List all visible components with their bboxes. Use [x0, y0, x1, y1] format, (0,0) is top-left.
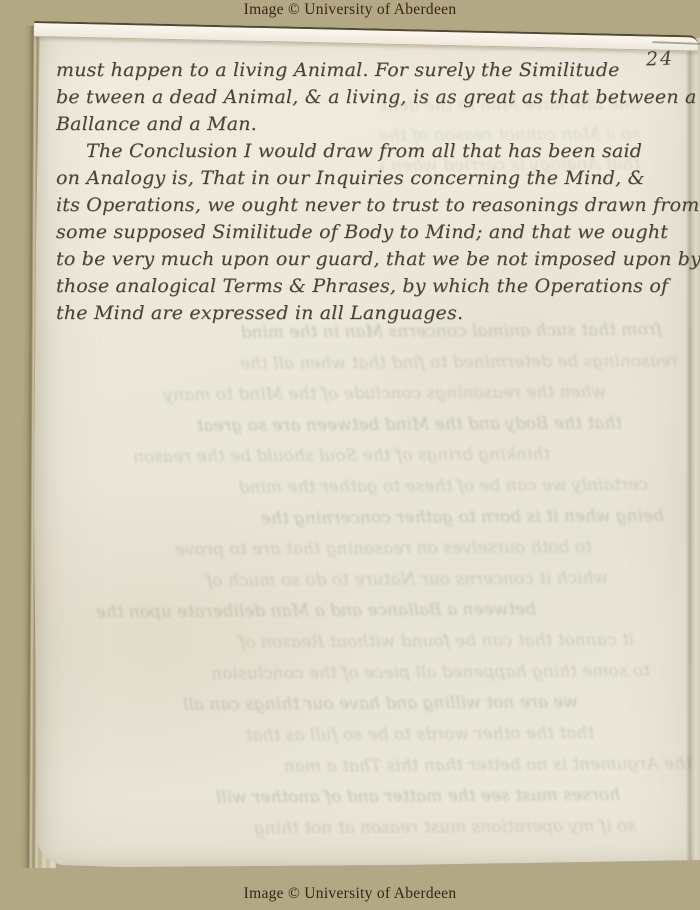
page-number: 24	[646, 48, 675, 71]
manuscript-line: The Conclusion I would draw from all tha…	[56, 138, 648, 165]
copyright-banner-top: Image © University of Aberdeen	[0, 1, 700, 19]
copyright-banner-bottom: Image © University of Aberdeen	[0, 885, 700, 903]
manuscript-line: some supposed Similitude of Body to Mind…	[56, 219, 648, 246]
page-right-edge-seam	[686, 38, 700, 860]
manuscript-line: Ballance and a Man.	[56, 111, 648, 138]
manuscript-line: those analogical Terms & Phrases, by whi…	[56, 273, 648, 300]
manuscript-line: must happen to a living Animal. For sure…	[56, 57, 648, 84]
manuscript-line: be tween a dead Animal, & a living, is a…	[56, 84, 648, 111]
manuscript-line: the Mind are expressed in all Languages.	[56, 300, 648, 327]
manuscript-line: to be very much upon our guard, that we …	[56, 246, 648, 273]
manuscript-line: its Operations, we ought never to trust …	[56, 192, 648, 219]
manuscript-line: on Analogy is, That in our Inquiries con…	[56, 165, 648, 192]
manuscript-text: must happen to a living Animal. For sure…	[56, 57, 648, 327]
